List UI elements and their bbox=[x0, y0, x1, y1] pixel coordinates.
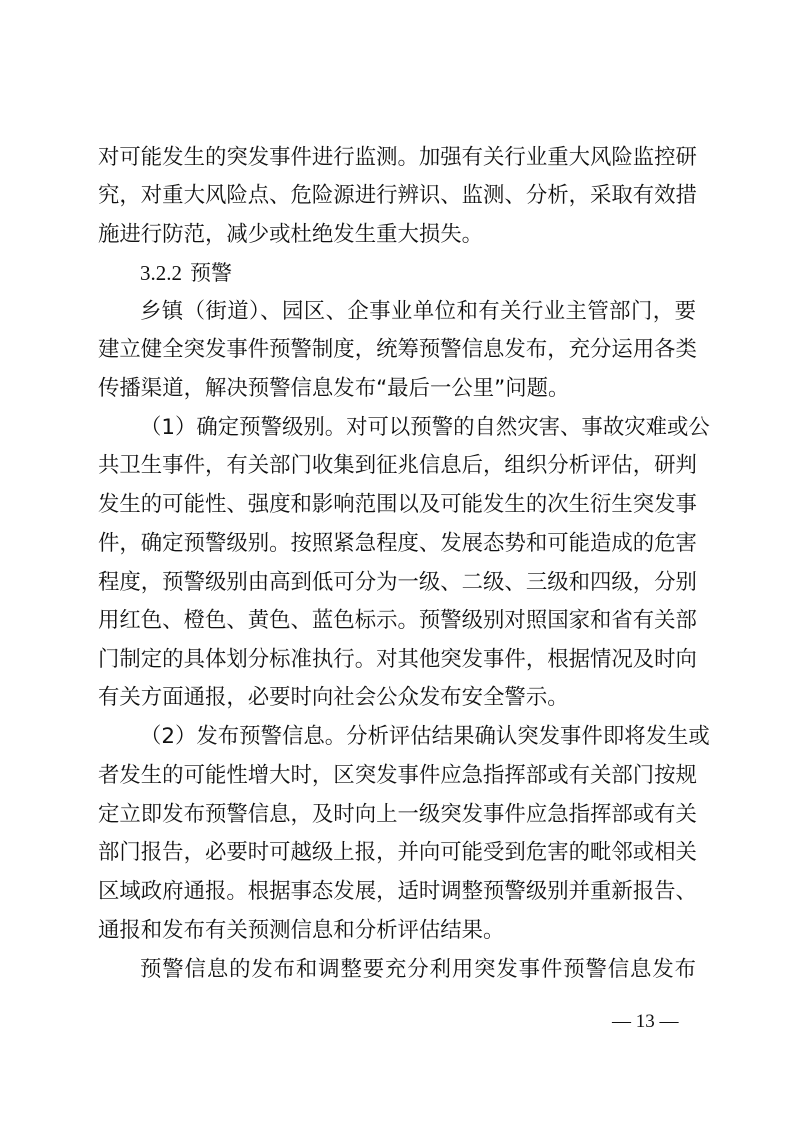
text-line: 用红色、橙色、黄色、蓝色标示。预警级别对照国家和省有关部 bbox=[98, 602, 696, 640]
document-page: 对可能发生的突发事件进行监测。加强有关行业重大风险监控研 究，对重大风险点、危险… bbox=[0, 0, 793, 1122]
text-line: （1）确定预警级别。对可以预警的自然灾害、事故灾难或公 bbox=[140, 409, 696, 447]
text-line: 者发生的可能性增大时，区突发事件应急指挥部或有关部门按规 bbox=[98, 757, 696, 795]
text-line: 乡镇（街道）、园区、企事业单位和有关行业主管部门，要 bbox=[140, 293, 696, 331]
text-line: 有关方面通报，必要时向社会公众发布安全警示。 bbox=[98, 679, 696, 717]
text-line: 建立健全突发事件预警制度，统筹预警信息发布，充分运用各类 bbox=[98, 331, 696, 369]
section-title: 预警 bbox=[190, 261, 232, 285]
text-line: 部门报告，必要时可越级上报，并向可能受到危害的毗邻或相关 bbox=[98, 834, 696, 872]
text-line: 预警信息的发布和调整要充分利用突发事件预警信息发布 bbox=[140, 951, 696, 989]
text-line: 门制定的具体划分标准执行。对其他突发事件，根据情况及时向 bbox=[98, 641, 696, 679]
section-number: 3.2.2 bbox=[140, 261, 182, 285]
text-line: 定立即发布预警信息，及时向上一级突发事件应急指挥部或有关 bbox=[98, 796, 696, 834]
text-line: 区域政府通报。根据事态发展，适时调整预警级别并重新报告、 bbox=[98, 873, 696, 911]
page-number: — 13 — bbox=[612, 1010, 679, 1034]
text-line: 传播渠道，解决预警信息发布“最后一公里”问题。 bbox=[98, 370, 696, 408]
section-heading: 3.2.2预警 bbox=[140, 254, 232, 292]
text-line: 通报和发布有关预测信息和分析评估结果。 bbox=[98, 912, 696, 950]
text-line: 发生的可能性、强度和影响范围以及可能发生的次生衍生突发事 bbox=[98, 486, 696, 524]
text-line: （2）发布预警信息。分析评估结果确认突发事件即将发生或 bbox=[140, 718, 696, 756]
text-line: 件，确定预警级别。按照紧急程度、发展态势和可能造成的危害 bbox=[98, 525, 696, 563]
text-line: 共卫生事件，有关部门收集到征兆信息后，组织分析评估，研判 bbox=[98, 447, 696, 485]
text-line: 施进行防范，减少或杜绝发生重大损失。 bbox=[98, 216, 696, 254]
text-line: 程度，预警级别由高到低可分为一级、二级、三级和四级，分别 bbox=[98, 564, 696, 602]
text-line: 究，对重大风险点、危险源进行辨识、监测、分析，采取有效措 bbox=[98, 177, 696, 215]
text-line: 对可能发生的突发事件进行监测。加强有关行业重大风险监控研 bbox=[98, 139, 696, 177]
